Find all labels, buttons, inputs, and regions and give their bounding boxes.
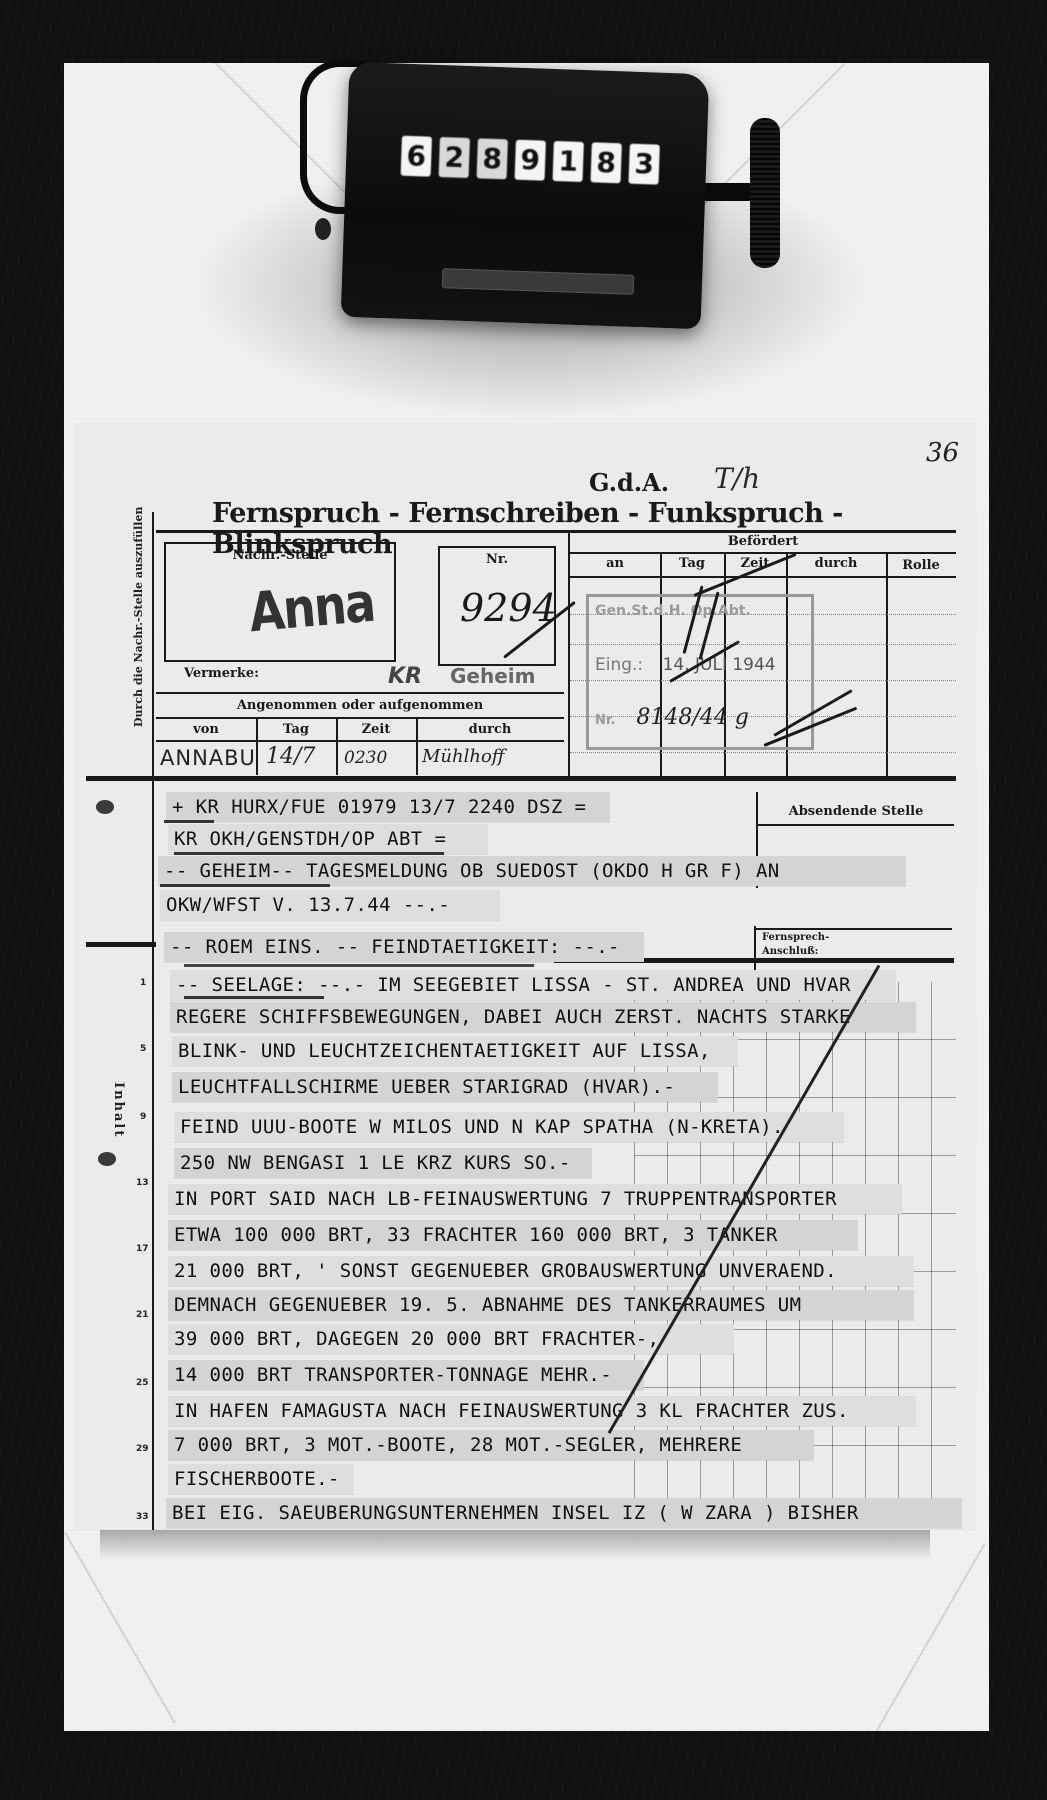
geheim-stamp: Geheim <box>450 664 535 688</box>
durch-value: Mühlhoff <box>422 746 505 767</box>
col-divider <box>416 719 418 775</box>
heavy-rule-left <box>86 942 156 947</box>
col-durch: durch <box>416 722 564 737</box>
bef-col-an: an <box>570 556 660 571</box>
counter-digit: 9 <box>515 140 546 181</box>
nachr-stelle-box: Nachr.-Stelle Anna <box>164 542 396 662</box>
col-von: von <box>156 722 256 737</box>
line-number: 33 <box>136 1512 149 1522</box>
nr-label: Nr. <box>440 552 554 567</box>
fernsprech-label: Fernsprech- <box>762 932 829 943</box>
message-line: 14 000 BRT TRANSPORTER-TONNAGE MEHR.- <box>168 1360 644 1390</box>
counter-digit: 1 <box>553 141 584 182</box>
message-line: DEMNACH GEGENUEBER 19. 5. ABNAHME DES TA… <box>168 1290 914 1320</box>
received-stamp-nr-label: Nr. <box>595 713 615 728</box>
message-line: BEI EIG. SAEUBERUNGSUNTERNEHMEN INSEL IZ… <box>166 1498 962 1528</box>
counter-digit: 3 <box>628 144 659 185</box>
anna-stamp: Anna <box>247 571 377 645</box>
form-shadow <box>100 1530 930 1560</box>
message-line: 7 000 BRT, 3 MOT.-BOOTE, 28 MOT.-SEGLER,… <box>168 1430 814 1460</box>
counter-screw <box>315 218 331 240</box>
line-number: 21 <box>136 1310 149 1320</box>
received-stamp-number-line: Nr. 8148/44 g <box>595 705 749 730</box>
message-line: ETWA 100 000 BRT, 33 FRACHTER 160 000 BR… <box>168 1220 858 1250</box>
punch-hole <box>96 800 114 814</box>
underline <box>164 820 214 823</box>
counter-body: 6 2 8 9 1 8 3 <box>341 62 710 329</box>
gda-stamp: G.d.A. <box>589 468 669 497</box>
col-zeit: Zeit <box>336 722 416 737</box>
counter-digits: 6 2 8 9 1 8 3 <box>401 136 660 185</box>
dotted-rule <box>570 752 956 753</box>
underline <box>184 996 324 999</box>
rule <box>570 576 956 578</box>
message-line: 39 000 BRT, DAGEGEN 20 000 BRT FRACHTER-… <box>168 1324 734 1354</box>
punch-hole <box>98 1152 116 1166</box>
rule <box>758 824 954 826</box>
kr-stamp: KR <box>388 664 422 689</box>
message-line: -- ROEM EINS. -- FEINDTAETIGKEIT: --.- <box>164 932 644 962</box>
message-line: FEIND UUU-BOOTE W MILOS UND N KAP SPATHA… <box>174 1112 844 1142</box>
received-stamp-number: 8148/44 g <box>636 705 748 730</box>
inhalt-label: Inhalt <box>111 1082 126 1138</box>
message-line: + KR HURX/FUE 01979 13/7 2240 DSZ = <box>166 792 610 822</box>
message-line: BLINK- UND LEUCHTZEICHENTAETIGKEIT AUF L… <box>172 1036 738 1066</box>
rule <box>156 717 564 719</box>
line-number: 1 <box>140 978 146 988</box>
counter-digit: 8 <box>591 142 622 183</box>
line-number: 17 <box>136 1244 149 1254</box>
fernsprech-divider <box>754 926 756 976</box>
counter-digit: 8 <box>477 138 508 179</box>
col-divider <box>886 554 888 778</box>
heavy-rule <box>86 776 956 781</box>
bef-col-tag: Tag <box>660 556 724 571</box>
line-number: 25 <box>136 1378 149 1388</box>
befoerdert-heading: Befördert <box>570 534 956 549</box>
col-divider <box>256 719 258 775</box>
received-stamp-office: Gen.St.d.H. Op.Abt. <box>595 603 751 619</box>
rule <box>570 552 956 554</box>
message-line: FISCHERBOOTE.- <box>168 1464 354 1494</box>
bef-col-rolle: Rolle <box>886 558 956 573</box>
underline <box>160 884 330 887</box>
nr-value: 9294 <box>460 586 557 630</box>
message-line: IN HAFEN FAMAGUSTA NACH FEINAUSWERTUNG 3… <box>168 1396 916 1426</box>
left-margin-line <box>152 512 154 1530</box>
bef-col-durch: durch <box>786 556 886 571</box>
anschluss-label: Anschluß: <box>762 946 818 957</box>
underline <box>174 852 444 855</box>
nachr-stelle-label: Nachr.-Stelle <box>166 548 394 563</box>
line-number: 5 <box>140 1044 146 1054</box>
tag-value: 14/7 <box>266 744 315 769</box>
received-stamp-eing-label: Eing.: <box>595 655 643 675</box>
message-line: 250 NW BENGASI 1 LE KRZ KURS SO.- <box>174 1148 592 1178</box>
rule <box>756 928 952 930</box>
counter-digit: 6 <box>401 136 432 177</box>
line-number: 9 <box>140 1112 146 1122</box>
handwritten-initials: T/h <box>714 462 760 495</box>
page-number: 36 <box>926 438 959 468</box>
message-line: KR OKH/GENSTDH/OP ABT = <box>168 824 488 854</box>
message-line: 21 000 BRT, ' SONST GEGENUEBER GROBAUSWE… <box>168 1256 914 1286</box>
counter-knob <box>750 118 780 268</box>
side-label: Durch die Nachr.-Stelle auszufüllen <box>132 507 145 727</box>
frame-counter-device: 6 2 8 9 1 8 3 <box>345 68 745 323</box>
underline <box>184 964 534 967</box>
message-form: 36 G.d.A. T/h Fernspruch - Fernschreiben… <box>74 422 977 1530</box>
rule <box>156 692 564 694</box>
message-line: REGERE SCHIFFSBEWEGUNGEN, DABEI AUCH ZER… <box>170 1002 916 1032</box>
title-rule <box>156 530 956 533</box>
rule <box>156 740 564 742</box>
paper-fold <box>64 1532 176 1724</box>
counter-slot <box>442 268 635 295</box>
col-divider <box>336 719 338 775</box>
von-value: ANNABU <box>160 746 256 770</box>
received-stamp: Gen.St.d.H. Op.Abt. Eing.: 14. JULI 1944… <box>586 594 814 750</box>
message-line: IN PORT SAID NACH LB-FEINAUSWERTUNG 7 TR… <box>168 1184 902 1214</box>
zeit-value: 0230 <box>344 748 387 768</box>
message-line: OKW/WFST V. 13.7.44 --.- <box>160 890 500 920</box>
col-tag: Tag <box>256 722 336 737</box>
angenommen-heading: Angenommen oder aufgenommen <box>156 698 564 713</box>
vermerke-label: Vermerke: <box>184 666 259 681</box>
received-stamp-date: 14. JULI 1944 <box>663 655 776 675</box>
message-line: -- GEHEIM-- TAGESMELDUNG OB SUEDOST (OKD… <box>158 856 906 886</box>
message-line: LEUCHTFALLSCHIRME UEBER STARIGRAD (HVAR)… <box>172 1072 718 1102</box>
nr-box: Nr. 9294 <box>438 546 556 666</box>
paper-fold <box>874 1543 986 1735</box>
line-number: 13 <box>136 1178 149 1188</box>
line-number: 29 <box>136 1444 149 1454</box>
absendende-stelle-label: Absendende Stelle <box>758 804 954 819</box>
counter-axle <box>705 183 755 201</box>
counter-digit: 2 <box>439 137 470 178</box>
